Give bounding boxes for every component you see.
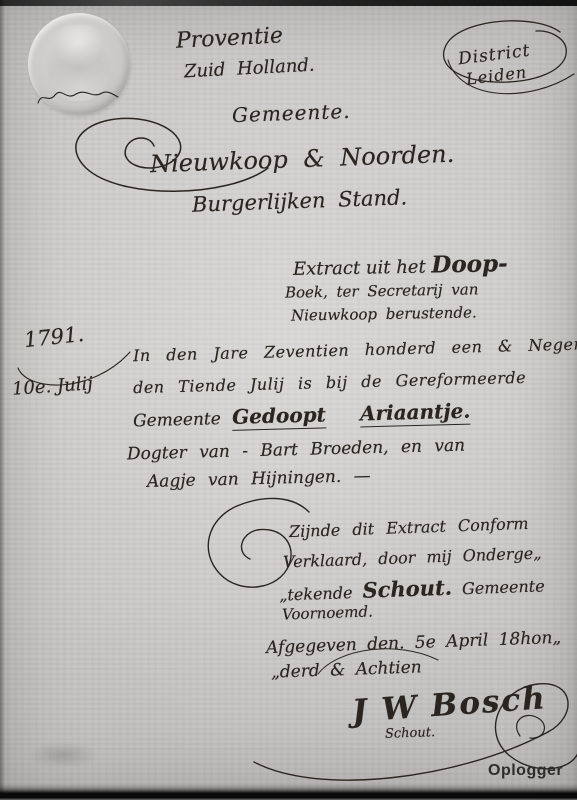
civil-registry-title: Burgerlijken Stand.: [192, 186, 408, 217]
extract-heading-line1-prefix: Extract uit het: [293, 256, 432, 279]
margin-date: 10e. Julij: [11, 374, 93, 399]
body-line4-father: Dogter van - Bart Broeden, en van: [127, 437, 465, 465]
paper-smudge: [28, 742, 98, 768]
child-name: Ariaantje.: [360, 399, 471, 428]
scan-edge-left: [0, 0, 5, 800]
province-line1: Proventie: [175, 24, 283, 54]
body-line1: In den Jare Zeventien honderd een & Nege…: [133, 335, 577, 365]
attestation-line3-prefix: „tekende: [279, 583, 363, 605]
scan-edge-top: [0, 0, 577, 6]
body-line3: Gemeente Gedoopt Ariaantje.: [133, 400, 471, 432]
body-line2: den Tiende Julij is bij de Gereformeerde: [133, 369, 526, 397]
attestation-line3-suffix: Gemeente: [452, 576, 545, 598]
body-line3-prefix: Gemeente: [133, 409, 233, 432]
schout-word: Schout.: [362, 575, 452, 603]
attestation-line1: Zijnde dit Extract Conform: [289, 515, 529, 541]
body-line5-mother: Aagje van Hijningen. —: [147, 467, 371, 492]
oplogger-watermark: Oplogger: [488, 762, 563, 780]
extract-heading-doopboek-word: Doop-: [431, 250, 508, 278]
baptism-extract-document: Proventie Zuid Holland. District Leiden …: [0, 0, 577, 800]
extract-heading-line3: Nieuwkoop berustende.: [291, 304, 477, 324]
attestation-line4: Voornoemd.: [282, 603, 373, 623]
extract-heading-line2: Boek, ter Secretarij van: [285, 281, 479, 301]
baptized-word: Gedoopt: [232, 402, 326, 430]
province-line2: Zuid Holland.: [184, 56, 316, 83]
extract-heading-line1: Extract uit het Doop-: [293, 251, 508, 280]
attestation-line3: „tekende Schout. Gemeente: [279, 572, 545, 604]
attestation-line2: Verklaard, door mij Onderge„: [283, 544, 542, 571]
clerk-paraph-annotation: [36, 88, 122, 108]
